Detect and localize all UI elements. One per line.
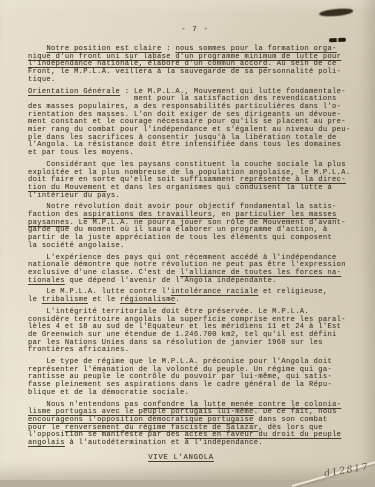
paragraph-alliance-forces-nationales: L'expérience des pays qui ont récemment … — [28, 255, 362, 286]
ink-specks — [350, 12, 366, 16]
handwritten-archive-number: d12817 — [323, 462, 369, 480]
document-body: Notre position est claire : nous sommes … — [28, 46, 362, 448]
paragraph-paysans-representation: Considérant que les paysans constituent … — [28, 162, 362, 201]
footer-slogan: VIVE L'ANGOLA — [14, 454, 348, 462]
page-number: - 7 - — [28, 26, 362, 34]
document-text-column: - 7 - Notre position est claire : nous s… — [28, 26, 362, 462]
text-line: l'intérieur du pays. — [28, 193, 362, 201]
paragraph-objectif-revolution: Notre révolution doit avoir pour objecti… — [28, 204, 362, 250]
text-line: frontières africaines. — [28, 347, 362, 355]
paragraph-orientation-generale: Orientation Générale : Le M.P.L.A., Mouv… — [28, 89, 362, 158]
paragraph-lutte-intolerance: Le M.P.L.A. lutte contre l'intolérance r… — [28, 289, 362, 304]
text-line: Front, le M.P.L.A. veillera à la sauvega… — [28, 69, 362, 77]
text-line: blique et de la démocratie sociale. — [28, 390, 362, 398]
paragraph-type-de-regime: Le type de régime que le M.P.L.A. précon… — [28, 359, 362, 398]
paragraph-integrite-territoriale: L'intégrité territoriale doit être prése… — [28, 309, 362, 355]
text-line: angolais à l'autodétermination et à l'in… — [28, 440, 362, 448]
text-line: le tribalisme et le régionalisme. — [28, 297, 362, 305]
paragraph-position-statement: Notre position est claire : nous sommes … — [28, 46, 362, 85]
paragraph-opposition-portugaise: Nous n'entendons pas confondre la lutte … — [28, 402, 362, 448]
scanned-document-page: - 7 - Notre position est claire : nous s… — [0, 0, 375, 480]
text-line: la société angolaise. — [28, 243, 362, 251]
text-line: tionales que dépend l'avenir de l'Angola… — [28, 278, 362, 286]
text-line: et par tous les moyens. — [28, 150, 362, 158]
text-line: tique. — [28, 77, 362, 85]
ink-smudge — [319, 8, 353, 17]
